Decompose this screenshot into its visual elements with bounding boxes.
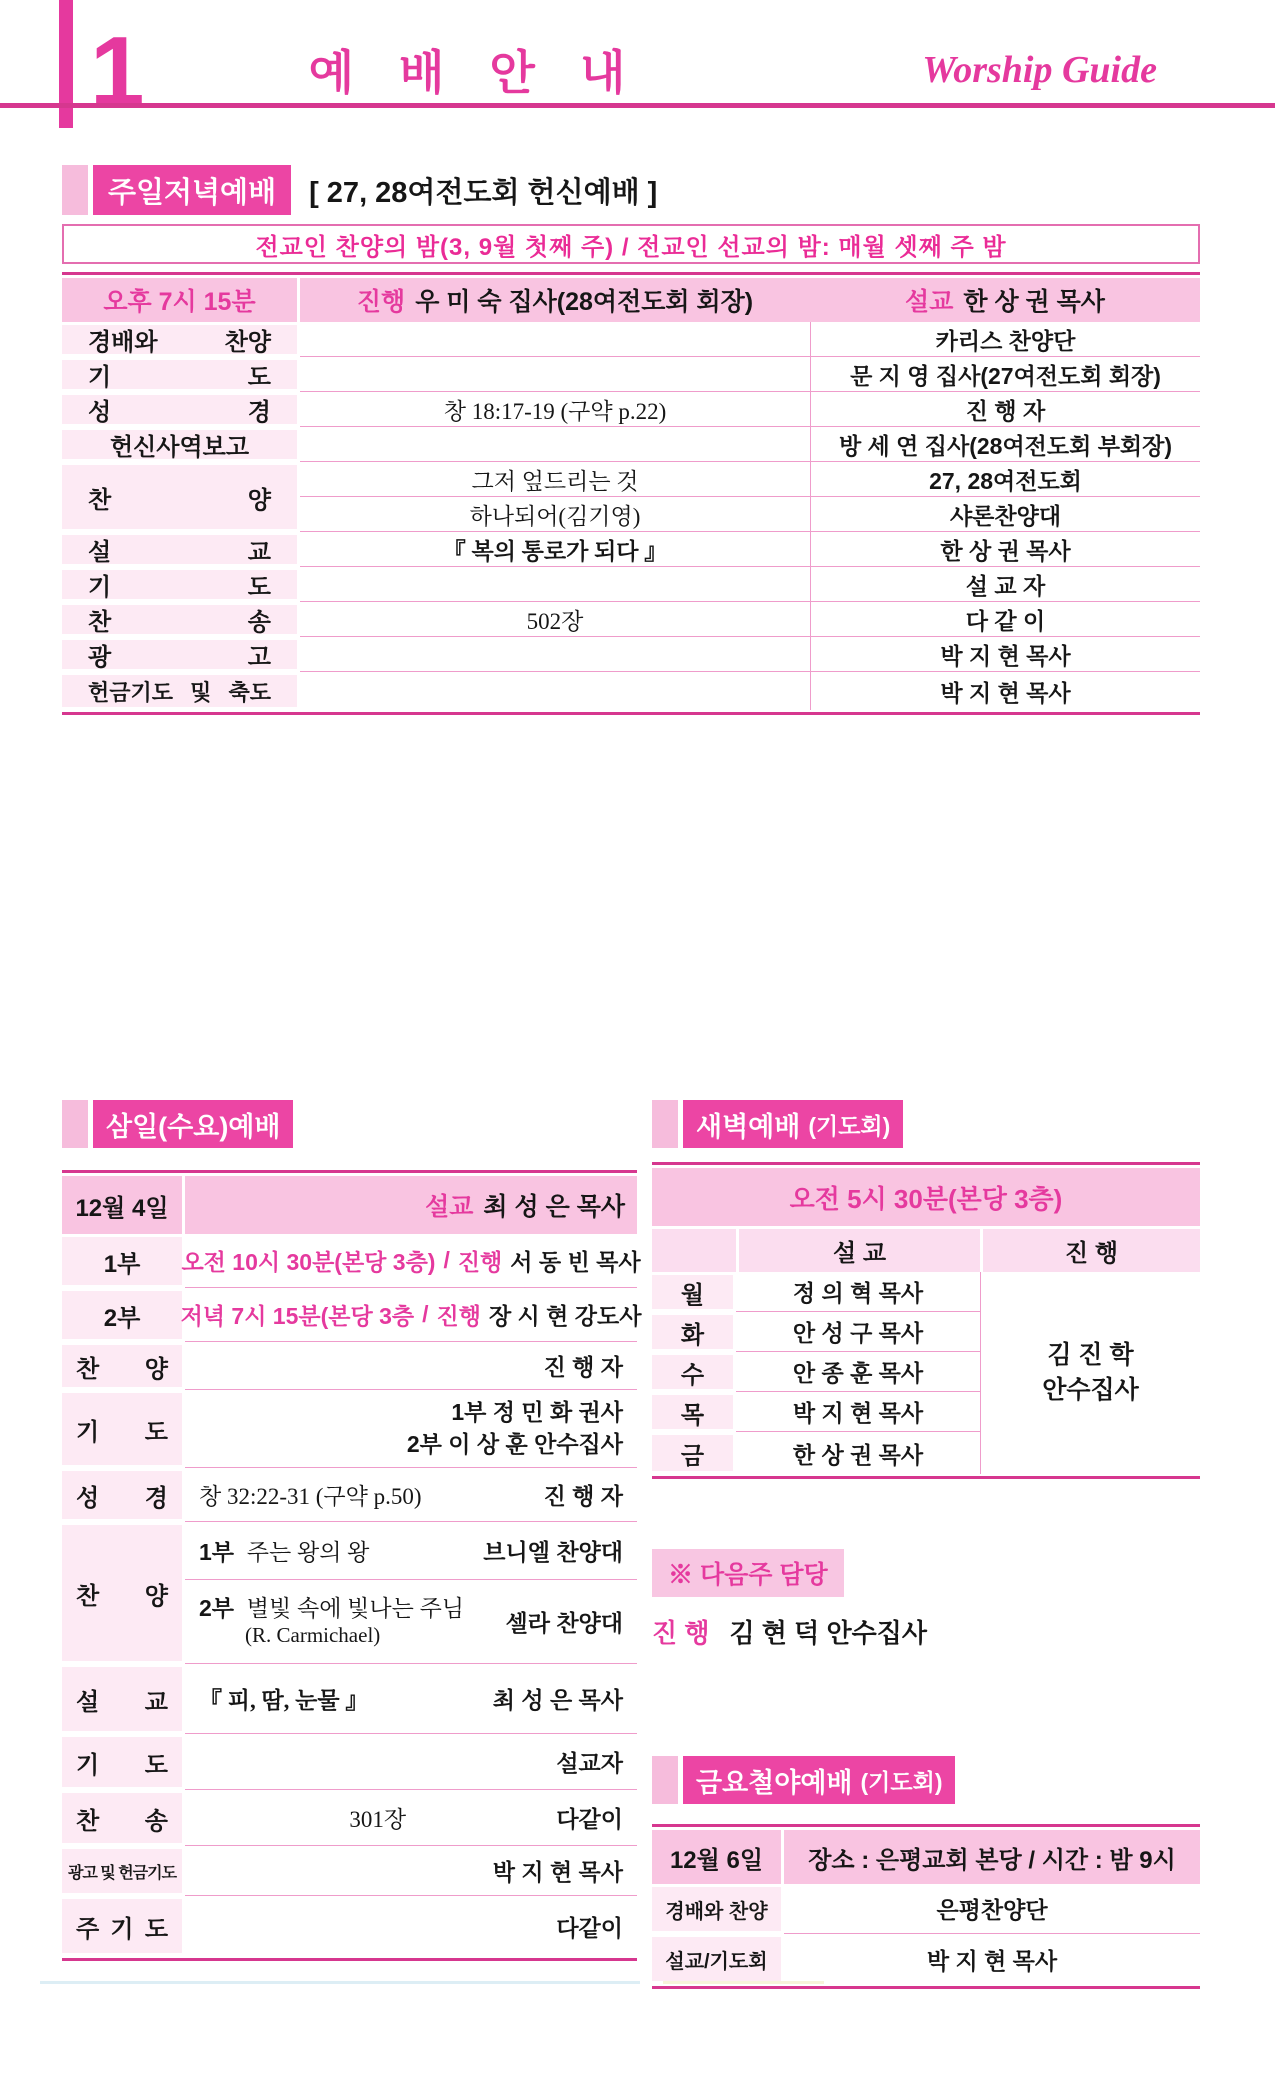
section-title-wednesday: 삼일(수요)예배 xyxy=(93,1100,293,1148)
day-label: 수 xyxy=(652,1352,736,1392)
order-label: 찬 송 xyxy=(62,1790,185,1846)
order-person: 박 지 현 목사 xyxy=(784,1934,1200,1984)
order-label: 성 경 xyxy=(62,1468,185,1522)
anthem2-row: 2부 별빛 속에 빛나는 주님 (R. Carmichael) 셀라 찬양대 xyxy=(185,1580,637,1664)
order-label: 헌금기도 및 축도 xyxy=(62,672,300,710)
dawn-subheader-sermon: 설 교 xyxy=(736,1226,980,1272)
order-person: 설교자 xyxy=(185,1734,637,1790)
section-title-text: 삼일(수요)예배 xyxy=(106,1105,280,1144)
sermon-title: 『 피, 땀, 눈물 』 xyxy=(199,1682,368,1715)
order-person: 최 성 은 목사 xyxy=(493,1682,623,1715)
order-person: 1부 정 민 화 권사 2부 이 상 훈 안수집사 xyxy=(185,1390,637,1468)
section-title-suffix: (기도회) xyxy=(808,1108,890,1141)
prayer-names: 1부 정 민 화 권사 2부 이 상 훈 안수집사 xyxy=(407,1397,623,1459)
anthem-title: 주는 왕의 왕 xyxy=(247,1540,370,1565)
next-week-chip: ※ 다음주 담당 xyxy=(652,1549,844,1597)
day-preacher: 박 지 현 목사 xyxy=(736,1392,980,1432)
day-label: 월 xyxy=(652,1272,736,1312)
section-title-sunday-evening: 주일저녁예배 xyxy=(93,165,291,215)
order-person: 한 상 권 목사 xyxy=(810,532,1200,567)
sermon-row: 『 피, 땀, 눈물 』 최 성 은 목사 xyxy=(185,1664,637,1734)
notice-box: 전교인 찬양의 밤(3, 9월 첫째 주) / 전교인 선교의 밤: 매월 셋째… xyxy=(62,224,1200,264)
section-wednesday: 삼일(수요)예배 xyxy=(62,1100,637,1148)
order-label: 설교/기도회 xyxy=(652,1934,784,1984)
prayer-line2: 2부 이 상 훈 안수집사 xyxy=(407,1429,623,1460)
slash: / xyxy=(422,1301,428,1328)
service-info: 장소 : 은평교회 본당 / 시간 : 밤 9시 xyxy=(784,1830,1200,1884)
anthem2-line1: 2부 별빛 속에 빛나는 주님 xyxy=(199,1595,464,1623)
section-friday: 금요철야예배 (기도회) xyxy=(652,1756,1200,1804)
hymn-row: 301장 다같이 xyxy=(185,1790,637,1846)
order-person: 방 세 연 집사(28여전도회 부회장) xyxy=(810,427,1200,462)
lead-name: 장 시 현 강도사 xyxy=(489,1298,641,1331)
right-column: 새벽예배 (기도회) 오전 5시 30분(본당 3층) 설 교 진 행 월 정 … xyxy=(652,1100,1200,1989)
order-content: 그저 엎드리는 것 xyxy=(300,462,810,497)
page-subtitle: Worship Guide xyxy=(922,48,1157,92)
order-label: 경배와 찬양 xyxy=(62,322,300,357)
sermon-label: 설교 xyxy=(425,1187,473,1223)
scripture-text: 창 32:22-31 (구약 p.50) xyxy=(199,1478,422,1511)
section-title-suffix: (기도회) xyxy=(861,1764,943,1797)
hymn-number: 301장 xyxy=(349,1801,406,1834)
order-person: 박 지 현 목사 xyxy=(810,672,1200,710)
service-sermon: 설교 최 성 은 목사 xyxy=(185,1176,637,1234)
part-label: 2부 xyxy=(199,1595,234,1621)
order-person: 은평찬양단 xyxy=(784,1884,1200,1934)
order-content xyxy=(300,322,810,357)
section-title-friday: 금요철야예배 (기도회) xyxy=(683,1756,955,1804)
order-content xyxy=(300,427,810,462)
section-title-dawn: 새벽예배 (기도회) xyxy=(683,1100,903,1148)
dawn-lead-name: 김 진 학 안수집사 xyxy=(980,1272,1200,1474)
order-content xyxy=(300,567,810,602)
service-date: 12월 6일 xyxy=(652,1830,784,1884)
order-person: 문 지 영 집사(27여전도회 회장) xyxy=(810,357,1200,392)
order-content xyxy=(300,672,810,710)
order-label: 광고 및 헌금기도 xyxy=(62,1846,185,1896)
order-person: 샤론찬양대 xyxy=(810,497,1200,532)
section-title-text: 금요철야예배 xyxy=(696,1761,853,1800)
service-sermon: 설교 한 상 권 목사 xyxy=(810,278,1200,322)
time-text: 오전 10시 30분(본당 3층) xyxy=(181,1244,435,1277)
order-label: 찬 양 xyxy=(62,1342,185,1390)
next-week-lead: 진 행 김 현 덕 안수집사 xyxy=(652,1613,1200,1650)
day-preacher: 안 종 훈 목사 xyxy=(736,1352,980,1392)
worship-guide-page: 1 예 배 안 내 Worship Guide 주일저녁예배 [ 27, 28여… xyxy=(0,0,1275,2078)
order-label: 찬 양 xyxy=(62,462,300,532)
sermon-name: 최 성 은 목사 xyxy=(483,1187,625,1223)
service-time: 오후 7시 15분 xyxy=(62,278,300,322)
scan-artifact xyxy=(663,1981,824,1984)
order-label: 기 도 xyxy=(62,567,300,602)
order-content xyxy=(300,357,810,392)
order-person: 진 행 자 xyxy=(810,392,1200,427)
section-title-text: 주일저녁예배 xyxy=(108,170,276,211)
section-title-text: 새벽예배 xyxy=(696,1105,800,1144)
friday-table: 12월 6일 장소 : 은평교회 본당 / 시간 : 밤 9시 경배와 찬양 은… xyxy=(652,1824,1200,1989)
wednesday-section: 삼일(수요)예배 12월 4일 설교 최 성 은 목사 1부 오전 10시 30… xyxy=(62,1100,637,1961)
page-title: 예 배 안 내 xyxy=(300,36,650,103)
header-rule xyxy=(0,103,1275,108)
section-dawn: 새벽예배 (기도회) xyxy=(652,1100,1200,1148)
order-label: 찬 송 xyxy=(62,602,300,637)
order-person: 박 지 현 목사 xyxy=(185,1846,637,1896)
part-label: 1부 xyxy=(199,1539,234,1565)
anthem-title: 별빛 속에 빛나는 주님 xyxy=(247,1596,464,1621)
section-sunday-evening: 주일저녁예배 [ 27, 28여전도회 헌신예배 ] xyxy=(62,165,657,215)
lead-name: 서 동 빈 목사 xyxy=(510,1244,640,1277)
dawn-table: 오전 5시 30분(본당 3층) 설 교 진 행 월 정 의 혁 목사 김 진 … xyxy=(652,1162,1200,1479)
sermon-name: 한 상 권 목사 xyxy=(963,282,1105,318)
lead-label: 진행 xyxy=(458,1244,502,1277)
service-date: 12월 4일 xyxy=(62,1176,185,1234)
day-label: 목 xyxy=(652,1392,736,1432)
anthem1-left: 1부 주는 왕의 왕 xyxy=(199,1534,369,1567)
order-content: 하나되어(김기영) xyxy=(300,497,810,532)
sermon-label: 설교 xyxy=(905,282,953,318)
tag-square xyxy=(62,1100,88,1148)
part1-time: 오전 10시 30분(본당 3층) / 진행 서 동 빈 목사 xyxy=(185,1234,637,1288)
lead-name: 김 현 덕 안수집사 xyxy=(729,1613,926,1650)
lead-name: 우 미 숙 집사(28여전도회 회장) xyxy=(415,282,753,318)
order-label: 성 경 xyxy=(62,392,300,427)
tag-square xyxy=(652,1100,678,1148)
dawn-subheader-blank xyxy=(652,1226,736,1272)
lead-name-line2: 안수집사 xyxy=(1042,1373,1139,1408)
order-label: 주 기 도 xyxy=(62,1896,185,1956)
order-label: 설 교 xyxy=(62,1664,185,1734)
order-label: 설 교 xyxy=(62,532,300,567)
order-label: 기 도 xyxy=(62,357,300,392)
day-label: 금 xyxy=(652,1432,736,1474)
day-preacher: 안 성 구 목사 xyxy=(736,1312,980,1352)
order-person: 다같이 xyxy=(556,1801,623,1834)
tag-square xyxy=(62,165,88,215)
order-person: 다 같 이 xyxy=(810,602,1200,637)
lead-label: 진행 xyxy=(437,1298,481,1331)
order-label: 기 도 xyxy=(62,1390,185,1468)
order-content xyxy=(300,637,810,672)
order-person: 설 교 자 xyxy=(810,567,1200,602)
order-label: 광 고 xyxy=(62,637,300,672)
section-note: [ 27, 28여전도회 헌신예배 ] xyxy=(309,170,657,211)
order-person: 27, 28여전도회 xyxy=(810,462,1200,497)
service-lead: 진행 우 미 숙 집사(28여전도회 회장) xyxy=(300,278,810,322)
choir-name: 브니엘 찬양대 xyxy=(483,1534,623,1567)
order-person: 카리스 찬양단 xyxy=(810,322,1200,357)
order-label: 2부 xyxy=(62,1288,185,1342)
dawn-time-header: 오전 5시 30분(본당 3층) xyxy=(652,1168,1200,1226)
lead-name-line1: 김 진 학 xyxy=(1047,1338,1133,1373)
anthem1-row: 1부 주는 왕의 왕 브니엘 찬양대 xyxy=(185,1522,637,1580)
day-label: 화 xyxy=(652,1312,736,1352)
anthem2-left: 2부 별빛 속에 빛나는 주님 (R. Carmichael) xyxy=(199,1595,464,1648)
order-content: 『 복의 통로가 되다 』 xyxy=(300,532,810,567)
order-label: 경배와 찬양 xyxy=(652,1884,784,1934)
prayer-line1: 1부 정 민 화 권사 xyxy=(451,1397,623,1428)
time-text: 저녁 7시 15분(본당 3층 xyxy=(181,1298,415,1331)
choir-name: 셀라 찬양대 xyxy=(506,1605,623,1638)
order-label: 기 도 xyxy=(62,1734,185,1790)
day-preacher: 한 상 권 목사 xyxy=(736,1432,980,1474)
scan-artifact xyxy=(40,1981,640,1984)
sunday-evening-table: 오후 7시 15분 진행 우 미 숙 집사(28여전도회 회장) 설교 한 상 … xyxy=(62,272,1200,715)
order-content: 502장 xyxy=(300,602,810,637)
order-person: 진 행 자 xyxy=(185,1342,637,1390)
order-content: 창 18:17-19 (구약 p.22) xyxy=(300,392,810,427)
order-label: 헌신사역보고 xyxy=(62,427,300,462)
dawn-subheader-lead: 진 행 xyxy=(980,1226,1200,1272)
wednesday-table: 12월 4일 설교 최 성 은 목사 1부 오전 10시 30분(본당 3층) … xyxy=(62,1170,637,1961)
scripture-row: 창 32:22-31 (구약 p.50) 진 행 자 xyxy=(185,1468,637,1522)
slash: / xyxy=(443,1247,449,1274)
order-person: 다같이 xyxy=(185,1896,637,1956)
order-person: 진 행 자 xyxy=(544,1478,623,1511)
tag-square xyxy=(652,1756,678,1804)
page-margin-bar xyxy=(59,0,73,128)
lead-label: 진 행 xyxy=(652,1613,709,1650)
order-label: 1부 xyxy=(62,1234,185,1288)
order-person: 박 지 현 목사 xyxy=(810,637,1200,672)
order-label: 찬 양 xyxy=(62,1522,185,1664)
lead-label: 진행 xyxy=(357,282,405,318)
day-preacher: 정 의 혁 목사 xyxy=(736,1272,980,1312)
part2-time: 저녁 7시 15분(본당 3층 / 진행 장 시 현 강도사 xyxy=(185,1288,637,1342)
composer: (R. Carmichael) xyxy=(199,1623,380,1648)
